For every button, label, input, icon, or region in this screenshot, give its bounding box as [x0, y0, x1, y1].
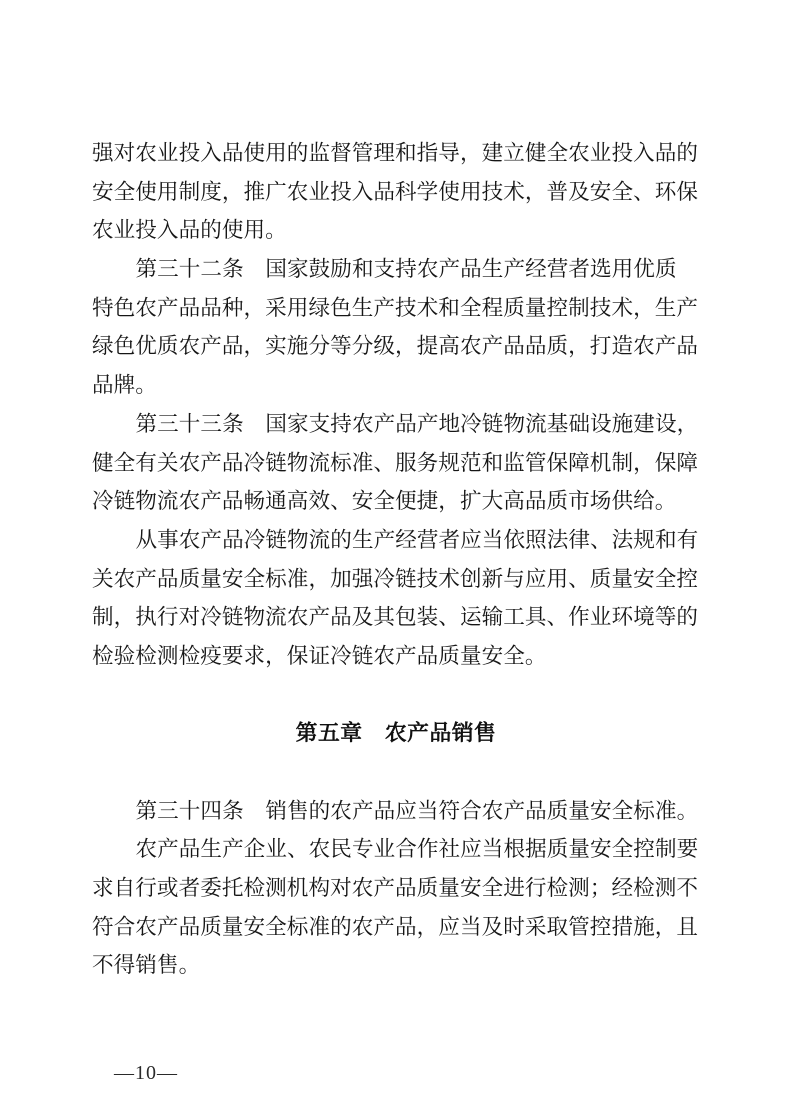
body-line: 关农产品质量安全标准，加强冷链技术创新与应用、质量安全控 — [92, 560, 700, 599]
body-line: 农产品生产企业、农民专业合作社应当根据质量安全控制要 — [92, 830, 700, 869]
body-line: 健全有关农产品冷链物流标准、服务规范和监管保障机制，保障 — [92, 444, 700, 483]
page-number: —10— — [114, 1060, 178, 1086]
text-block: 强对农业投入品使用的监督管理和指导，建立健全农业投入品的 安全使用制度，推广农业… — [92, 134, 700, 985]
body-line: 品牌。 — [92, 366, 700, 405]
body-line: 强对农业投入品使用的监督管理和指导，建立健全农业投入品的 — [92, 134, 700, 173]
document-page: 强对农业投入品使用的监督管理和指导，建立健全农业投入品的 安全使用制度，推广农业… — [0, 0, 786, 1113]
body-line-article-34: 第三十四条 销售的农产品应当符合农产品质量安全标准。 — [92, 792, 700, 831]
body-line-article-32: 第三十二条 国家鼓励和支持农产品生产经营者选用优质 — [92, 250, 700, 289]
body-line-article-33: 第三十三条 国家支持农产品产地冷链物流基础设施建设， — [92, 405, 700, 444]
body-line: 绿色优质农产品，实施分等分级，提高农产品品质，打造农产品 — [92, 327, 700, 366]
body-line: 不得销售。 — [92, 946, 700, 985]
body-line: 检验检测检疫要求，保证冷链农产品质量安全。 — [92, 637, 700, 676]
body-line: 制，执行对冷链物流农产品及其包装、运输工具、作业环境等的 — [92, 598, 700, 637]
body-line: 符合农产品质量安全标准的农产品，应当及时采取管控措施，且 — [92, 908, 700, 947]
body-line: 从事农产品冷链物流的生产经营者应当依照法律、法规和有 — [92, 521, 700, 560]
body-line: 求自行或者委托检测机构对农产品质量安全进行检测；经检测不 — [92, 869, 700, 908]
body-line: 冷链物流农产品畅通高效、安全便捷，扩大高品质市场供给。 — [92, 482, 700, 521]
body-line: 安全使用制度，推广农业投入品科学使用技术，普及安全、环保 — [92, 173, 700, 212]
body-line: 特色农产品品种，采用绿色生产技术和全程质量控制技术，生产 — [92, 289, 700, 328]
chapter-heading: 第五章 农产品销售 — [92, 714, 700, 753]
body-line: 农业投入品的使用。 — [92, 211, 700, 250]
